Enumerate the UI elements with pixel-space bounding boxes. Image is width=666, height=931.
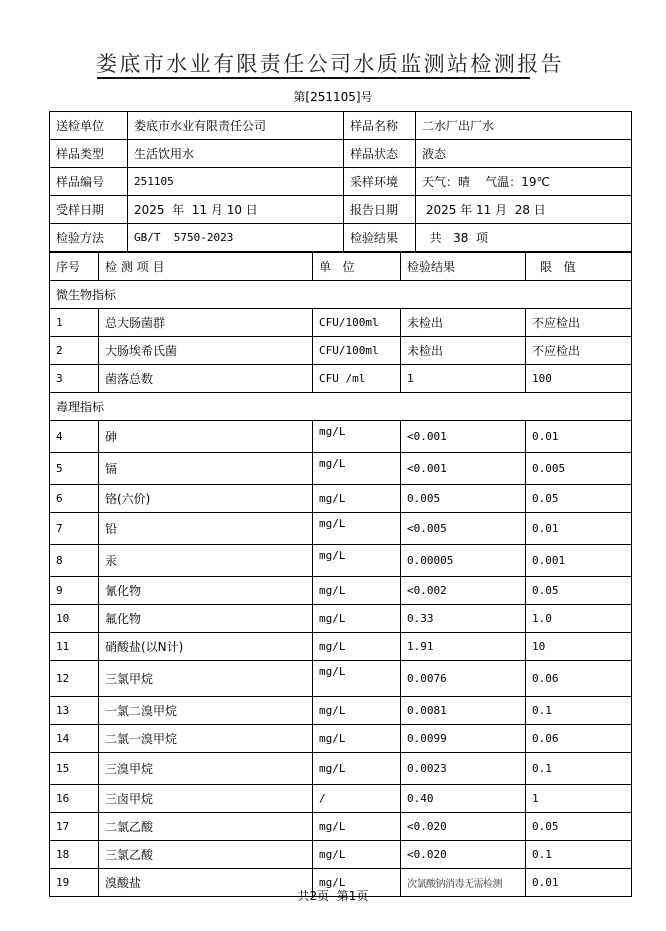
info-row: 送检单位 娄底市水业有限责任公司 样品名称 二水厂出厂水 <box>50 112 632 140</box>
table-row: 10 氟化物 mg/L 0.33 1.0 <box>50 605 632 633</box>
page-indicator: 共2页 第1页 <box>0 887 666 904</box>
row-result: <0.020 <box>401 813 526 841</box>
row-no: 6 <box>50 485 99 513</box>
row-result: 0.005 <box>401 485 526 513</box>
row-result: 0.33 <box>401 605 526 633</box>
row-result: 未检出 <box>401 337 526 365</box>
header-limit: 限 值 <box>526 253 632 281</box>
row-item: 铅 <box>99 513 313 545</box>
info-label: 采样环境 <box>344 168 416 196</box>
row-unit: mg/L <box>313 545 401 577</box>
section-row: 毒理指标 <box>50 393 632 421</box>
row-result: 0.0023 <box>401 753 526 785</box>
info-value: 251105 <box>128 168 344 196</box>
info-value: 2025 年 11 月 28 日 <box>416 196 632 224</box>
row-result: <0.001 <box>401 421 526 453</box>
row-limit: 0.1 <box>526 753 632 785</box>
sample-info-table: 送检单位 娄底市水业有限责任公司 样品名称 二水厂出厂水 样品类型 生活饮用水 … <box>49 111 632 252</box>
row-result: <0.005 <box>401 513 526 545</box>
info-label: 样品状态 <box>344 140 416 168</box>
row-no: 4 <box>50 421 99 453</box>
row-limit: 0.1 <box>526 841 632 869</box>
row-item: 大肠埃希氏菌 <box>99 337 313 365</box>
row-limit: 0.01 <box>526 513 632 545</box>
row-result: 0.00005 <box>401 545 526 577</box>
row-item: 铬(六价) <box>99 485 313 513</box>
row-no: 7 <box>50 513 99 545</box>
row-limit: 0.06 <box>526 725 632 753</box>
row-unit: mg/L <box>313 813 401 841</box>
row-limit: 10 <box>526 633 632 661</box>
info-label: 检验方法 <box>50 224 128 252</box>
row-no: 1 <box>50 309 99 337</box>
row-limit: 100 <box>526 365 632 393</box>
row-no: 16 <box>50 785 99 813</box>
row-unit: mg/L <box>313 485 401 513</box>
row-item: 氟化物 <box>99 605 313 633</box>
row-item: 砷 <box>99 421 313 453</box>
table-row: 1 总大肠菌群 CFU/100ml 未检出 不应检出 <box>50 309 632 337</box>
row-unit: mg/L <box>313 633 401 661</box>
info-value: 共 38 项 <box>416 224 632 252</box>
info-value: 液态 <box>416 140 632 168</box>
row-item: 二氯乙酸 <box>99 813 313 841</box>
row-item: 三氯乙酸 <box>99 841 313 869</box>
row-unit: mg/L <box>313 513 401 545</box>
row-limit: 0.1 <box>526 697 632 725</box>
report-number: 第[251105]号 <box>0 88 666 105</box>
info-row: 受样日期 2025 年 11 月 10 日 报告日期 2025 年 11 月 2… <box>50 196 632 224</box>
row-no: 17 <box>50 813 99 841</box>
row-item: 一氯二溴甲烷 <box>99 697 313 725</box>
row-no: 9 <box>50 577 99 605</box>
row-item: 硝酸盐(以N计) <box>99 633 313 661</box>
row-result: <0.020 <box>401 841 526 869</box>
info-label: 样品类型 <box>50 140 128 168</box>
row-unit: mg/L <box>313 605 401 633</box>
table-row: 11 硝酸盐(以N计) mg/L 1.91 10 <box>50 633 632 661</box>
row-limit: 0.06 <box>526 661 632 697</box>
row-no: 5 <box>50 453 99 485</box>
row-item: 菌落总数 <box>99 365 313 393</box>
info-value: 二水厂出厂水 <box>416 112 632 140</box>
row-unit: mg/L <box>313 725 401 753</box>
row-item: 总大肠菌群 <box>99 309 313 337</box>
table-row: 8 汞 mg/L 0.00005 0.001 <box>50 545 632 577</box>
title-underline <box>97 77 530 79</box>
table-row: 14 二氯一溴甲烷 mg/L 0.0099 0.06 <box>50 725 632 753</box>
table-row: 9 氰化物 mg/L <0.002 0.05 <box>50 577 632 605</box>
info-label: 样品名称 <box>344 112 416 140</box>
row-limit: 0.05 <box>526 813 632 841</box>
section-row: 微生物指标 <box>50 281 632 309</box>
row-result: <0.001 <box>401 453 526 485</box>
row-no: 15 <box>50 753 99 785</box>
table-row: 16 三卤甲烷 / 0.40 1 <box>50 785 632 813</box>
row-item: 二氯一溴甲烷 <box>99 725 313 753</box>
info-row: 样品类型 生活饮用水 样品状态 液态 <box>50 140 632 168</box>
row-limit: 0.05 <box>526 485 632 513</box>
table-header-row: 序号 检 测 项 目 单 位 检验结果 限 值 <box>50 253 632 281</box>
header-item: 检 测 项 目 <box>99 253 313 281</box>
row-limit: 0.005 <box>526 453 632 485</box>
row-item: 氰化物 <box>99 577 313 605</box>
row-unit: mg/L <box>313 453 401 485</box>
table-row: 6 铬(六价) mg/L 0.005 0.05 <box>50 485 632 513</box>
info-label: 样品编号 <box>50 168 128 196</box>
row-unit: mg/L <box>313 577 401 605</box>
header-no: 序号 <box>50 253 99 281</box>
header-result: 检验结果 <box>401 253 526 281</box>
row-unit: CFU/100ml <box>313 309 401 337</box>
row-result: 0.40 <box>401 785 526 813</box>
table-row: 5 镉 mg/L <0.001 0.005 <box>50 453 632 485</box>
row-item: 三溴甲烷 <box>99 753 313 785</box>
row-limit: 不应检出 <box>526 309 632 337</box>
row-no: 18 <box>50 841 99 869</box>
table-row: 18 三氯乙酸 mg/L <0.020 0.1 <box>50 841 632 869</box>
row-limit: 0.05 <box>526 577 632 605</box>
row-result: 0.0099 <box>401 725 526 753</box>
row-result: 1.91 <box>401 633 526 661</box>
row-result: 1 <box>401 365 526 393</box>
row-result: 0.0081 <box>401 697 526 725</box>
row-no: 3 <box>50 365 99 393</box>
table-row: 2 大肠埃希氏菌 CFU/100ml 未检出 不应检出 <box>50 337 632 365</box>
info-value: 生活饮用水 <box>128 140 344 168</box>
info-label: 检验结果 <box>344 224 416 252</box>
row-limit: 1.0 <box>526 605 632 633</box>
row-unit: / <box>313 785 401 813</box>
row-item: 镉 <box>99 453 313 485</box>
info-row: 样品编号 251105 采样环境 天气：晴 气温：19℃ <box>50 168 632 196</box>
row-no: 12 <box>50 661 99 697</box>
section-title: 微生物指标 <box>50 281 632 309</box>
row-no: 10 <box>50 605 99 633</box>
row-result: 0.0076 <box>401 661 526 697</box>
table-row: 15 三溴甲烷 mg/L 0.0023 0.1 <box>50 753 632 785</box>
row-limit: 0.01 <box>526 421 632 453</box>
info-row: 检验方法 GB/T 5750-2023 检验结果 共 38 项 <box>50 224 632 252</box>
row-item: 汞 <box>99 545 313 577</box>
info-value: 2025 年 11 月 10 日 <box>128 196 344 224</box>
row-no: 14 <box>50 725 99 753</box>
info-value: 天气：晴 气温：19℃ <box>416 168 632 196</box>
row-item: 三氯甲烷 <box>99 661 313 697</box>
table-row: 7 铅 mg/L <0.005 0.01 <box>50 513 632 545</box>
table-row: 17 二氯乙酸 mg/L <0.020 0.05 <box>50 813 632 841</box>
row-no: 11 <box>50 633 99 661</box>
row-unit: mg/L <box>313 753 401 785</box>
row-unit: CFU/100ml <box>313 337 401 365</box>
info-label: 受样日期 <box>50 196 128 224</box>
row-unit: mg/L <box>313 697 401 725</box>
row-unit: mg/L <box>313 421 401 453</box>
row-no: 8 <box>50 545 99 577</box>
table-row: 12 三氯甲烷 mg/L 0.0076 0.06 <box>50 661 632 697</box>
info-value: 娄底市水业有限责任公司 <box>128 112 344 140</box>
row-result: <0.002 <box>401 577 526 605</box>
row-unit: CFU /ml <box>313 365 401 393</box>
header-unit: 单 位 <box>313 253 401 281</box>
row-limit: 1 <box>526 785 632 813</box>
info-value: GB/T 5750-2023 <box>128 224 344 252</box>
section-title: 毒理指标 <box>50 393 632 421</box>
row-result: 未检出 <box>401 309 526 337</box>
row-no: 2 <box>50 337 99 365</box>
row-limit: 不应检出 <box>526 337 632 365</box>
info-label: 报告日期 <box>344 196 416 224</box>
table-row: 13 一氯二溴甲烷 mg/L 0.0081 0.1 <box>50 697 632 725</box>
table-row: 3 菌落总数 CFU /ml 1 100 <box>50 365 632 393</box>
row-item: 三卤甲烷 <box>99 785 313 813</box>
row-limit: 0.001 <box>526 545 632 577</box>
report-title: 娄底市水业有限责任公司水质监测站检测报告 <box>95 48 565 78</box>
row-no: 13 <box>50 697 99 725</box>
row-unit: mg/L <box>313 841 401 869</box>
row-unit: mg/L <box>313 661 401 697</box>
info-label: 送检单位 <box>50 112 128 140</box>
results-table: 序号 检 测 项 目 单 位 检验结果 限 值 微生物指标 1 总大肠菌群 CF… <box>49 252 632 897</box>
table-row: 4 砷 mg/L <0.001 0.01 <box>50 421 632 453</box>
